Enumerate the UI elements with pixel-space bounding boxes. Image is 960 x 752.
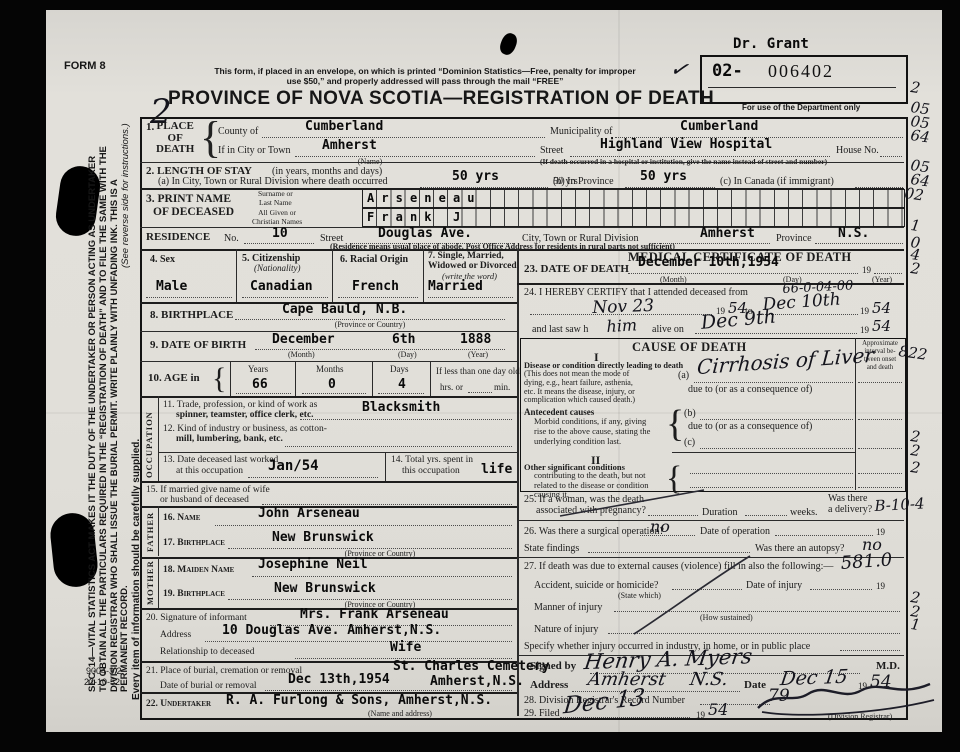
rule — [230, 361, 231, 396]
leader — [244, 242, 314, 244]
citizenship-paren: (Nationality) — [254, 263, 301, 273]
cause-b-due-to: due to (or as a consequence of) — [688, 421, 812, 432]
stay-a-label: (a) In City, Town or Rural Division wher… — [158, 176, 388, 187]
cause-b-prefix: (b) — [684, 408, 696, 419]
informant-name-value: Mrs. Frank Arseneau — [300, 607, 449, 622]
name-title2: OF DECEASED — [153, 206, 234, 218]
filed-year: 54 — [708, 700, 728, 719]
place-label: PLACE OF DEATH — [156, 121, 194, 156]
age-hrs-label: hrs. or — [440, 382, 463, 392]
nature-label: Nature of injury — [534, 624, 598, 635]
informant-label: 20. Signature of informant — [146, 613, 247, 623]
filed-label: 29. Filed — [524, 708, 560, 719]
signed-address-value-2: N.S. — [688, 669, 729, 690]
industry-label-1: 12. Kind of industry or business, as cot… — [163, 424, 327, 434]
rule — [423, 249, 424, 302]
leader — [262, 136, 545, 138]
last-saw-him: him — [606, 315, 638, 336]
delivery-code: B-10-4 — [874, 494, 925, 515]
county-label: County of — [218, 126, 258, 137]
dob-day: 6th — [392, 332, 415, 347]
department-only-caption: For use of the Department only — [742, 103, 860, 112]
margin-code-annotation: 2 — [909, 259, 921, 278]
burial-place-value: St. Charles Cemetery — [393, 659, 550, 674]
cause-c-prefix: (c) — [684, 437, 695, 448]
age-months-label: Months — [316, 364, 344, 374]
birthplace-caption: (Province or Country) — [300, 320, 440, 329]
leader — [695, 332, 857, 334]
house-no-label: House No. — [836, 145, 879, 156]
duration-label: Duration — [702, 507, 738, 518]
rule — [140, 227, 904, 228]
age-less-label: If less than one day old — [436, 366, 520, 376]
total-years-value: life — [481, 462, 512, 477]
dob-cap-year: (Year) — [468, 350, 488, 359]
rule — [140, 396, 517, 398]
trade-label-1: 11. Trade, profession, or kind of work a… — [163, 400, 317, 410]
signed-year: 54 — [870, 672, 892, 692]
origin-label: 6. Racial Origin — [340, 254, 408, 265]
city-label: If in City or Town — [218, 145, 290, 156]
residence-city-value: Amherst — [700, 226, 755, 241]
undertaker-caption: (Name and address) — [330, 709, 470, 718]
spouse-label-1: 15. If married give name of wife — [146, 485, 270, 495]
leader — [242, 296, 328, 298]
rule — [385, 452, 386, 481]
how-sustained-caption: (How sustained) — [700, 613, 753, 622]
leader — [858, 447, 902, 449]
certify-19c: 19 — [860, 325, 869, 335]
margin-code-annotation: 2 — [909, 458, 921, 477]
place-num: 1. — [146, 121, 154, 133]
leader — [880, 155, 902, 157]
rule — [158, 557, 159, 608]
burial-date-label: Date of burial or removal — [160, 681, 257, 691]
leader — [146, 296, 232, 298]
leader — [252, 575, 512, 577]
pregnancy-label-1: 25. If a woman, was the death — [524, 494, 644, 505]
leader — [285, 445, 512, 447]
rule — [236, 249, 237, 302]
certify-year2: 54 — [872, 299, 891, 317]
rule — [372, 361, 373, 396]
leader — [588, 551, 750, 553]
residence-no-value: 10 — [272, 226, 288, 241]
cause-a-due-to: due to (or as a consequence of) — [688, 384, 812, 395]
dob-cap-day: (Day) — [398, 350, 417, 359]
rule — [672, 452, 855, 453]
mail-notice-line2: use $50,” and properly addressed will pa… — [185, 76, 665, 86]
rule — [140, 481, 517, 483]
disease-label-2: (This does not mean the mode of dying, e… — [524, 370, 635, 405]
occupation-vertical-label: OCCUPATION — [144, 411, 154, 478]
undertaker-value: R. A. Furlong & Sons, Amherst,N.S. — [226, 693, 492, 708]
undertaker-label: 22. Undertaker — [146, 699, 211, 709]
last-saw-pre: and last saw h — [532, 324, 588, 335]
form-title: PROVINCE OF NOVA SCOTIA—REGISTRATION OF … — [168, 88, 683, 110]
column-divider — [517, 249, 519, 716]
operation-date-label: Date of operation — [700, 526, 770, 537]
sex-value: Male — [156, 279, 187, 294]
trade-value: Blacksmith — [362, 400, 440, 415]
informant-address-value: 10 Douglas Ave. Amherst,N.S. — [222, 623, 441, 638]
leader — [215, 524, 512, 526]
accident-label: Accident, suicide or homicide? — [534, 580, 658, 591]
leader — [236, 392, 291, 394]
dob-year: 1888 — [460, 332, 491, 347]
dob-cap-month: (Month) — [288, 350, 315, 359]
age-years-label: Years — [248, 364, 268, 374]
leader — [690, 486, 853, 488]
md-label: M.D. — [876, 660, 900, 672]
last-worked-label-1: 13. Date deceased last worked — [163, 455, 278, 465]
rule — [158, 452, 517, 453]
father-birthplace-value: New Brunswick — [272, 530, 374, 545]
informant-address-label: Address — [160, 630, 191, 640]
leader — [560, 716, 690, 718]
autopsy-label: Was there an autopsy? — [755, 543, 844, 554]
state-which-caption: (State which) — [618, 591, 661, 600]
delivery-label-1: Was there — [828, 493, 867, 504]
leader — [265, 689, 512, 691]
leader — [700, 447, 853, 449]
delivery-label-2: a delivery? — [828, 504, 872, 515]
burial-place2-value: Amherst,N.S. — [430, 674, 524, 689]
date-of-injury-label: Date of injury — [746, 580, 802, 591]
leader — [874, 272, 902, 274]
leader — [858, 381, 902, 383]
rule — [140, 162, 904, 163]
leader — [810, 588, 872, 590]
origin-value: French — [352, 279, 399, 294]
leader — [690, 472, 853, 474]
age-days-value: 4 — [398, 377, 406, 392]
sex-label: 4. Sex — [150, 254, 175, 265]
father-name-label: 16. Name — [163, 513, 200, 523]
pregnancy-label-2: associated with pregnancy? — [536, 505, 646, 516]
street-value: Highland View Hospital — [600, 137, 772, 152]
left-margin-see-reverse: (See reverse side for instructions.) — [120, 108, 131, 268]
external-code: 581.0 — [840, 549, 893, 574]
signed-19: 19 — [858, 681, 867, 691]
last-worked-value: Jan/54 — [268, 458, 319, 474]
leader — [205, 640, 512, 642]
print-code: 9004-3.2 — [86, 666, 122, 676]
registration-number: 006402 — [768, 61, 834, 82]
leader — [468, 391, 492, 393]
antecedent-brace: { — [666, 402, 684, 446]
residence-no-label: No. — [224, 233, 239, 244]
leader — [248, 476, 378, 478]
certify-year3: 54 — [872, 317, 891, 335]
trade-label-2: spinner, teamster, office clerk, etc. — [176, 410, 314, 420]
name-title1: 3. PRINT NAME — [146, 193, 231, 205]
registration-prefix: 02- — [712, 61, 743, 81]
leader — [614, 610, 900, 612]
margin-code-annotation: 02 — [903, 184, 924, 204]
external-label: 27. If death was due to external causes … — [524, 561, 833, 572]
mother-birthplace-label: 19. Birthplace — [163, 589, 225, 599]
last-saw-mid: alive on — [652, 324, 684, 335]
leader — [262, 503, 512, 505]
burial-date-value: Dec 13th,1954 — [288, 672, 390, 687]
leader — [648, 514, 698, 516]
leader — [858, 418, 902, 420]
mother-maiden-label: 18. Maiden Name — [163, 565, 234, 575]
marital-value: Married — [428, 279, 483, 294]
dod-19: 19 — [862, 265, 871, 275]
rule — [158, 396, 159, 481]
other-brace: { — [666, 460, 682, 498]
burial-place-label: 21. Place of burial, cremation or remova… — [146, 666, 302, 676]
leader — [300, 418, 512, 420]
marital-label-2: Widowed or Divorced — [428, 261, 517, 271]
age-label: 10. AGE in — [148, 372, 200, 384]
dob-month: December — [272, 332, 335, 347]
form-number: FORM 8 — [64, 60, 106, 72]
mother-birthplace-value: New Brunswick — [274, 581, 376, 596]
leader — [858, 472, 902, 474]
leader — [700, 418, 853, 420]
total-years-label-2: this occupation — [402, 466, 460, 476]
stay-a-value: 50 yrs — [452, 169, 499, 184]
industry-label-2: mill, lumbering, bank, etc. — [176, 434, 283, 444]
margin-code-annotation: 64 — [909, 126, 930, 146]
date-of-death-label: 23. DATE OF DEATH — [524, 263, 629, 275]
given-name-label: All Given or Christian Names — [252, 209, 302, 226]
print-date: 22-10-52 — [84, 677, 120, 687]
weeks-label: weeks. — [790, 507, 818, 518]
residence-street-value: Douglas Ave. — [378, 226, 472, 241]
stay-c-label: (c) In Canada (if immigrant) — [720, 176, 834, 187]
manner-label: Manner of injury — [534, 602, 602, 613]
given-name-grid: Frank J — [362, 208, 905, 227]
leader — [530, 313, 712, 315]
surname-label: Surname or Last Name — [258, 190, 293, 207]
residence-label: RESIDENCE — [146, 231, 210, 243]
doctor-note: Dr. Grant — [733, 36, 809, 52]
age-days-label: Days — [390, 364, 409, 374]
birthplace-value: Cape Bauld, N.B. — [282, 302, 407, 317]
surname-value: Arseneau — [363, 190, 482, 207]
leader — [338, 296, 418, 298]
age-years-value: 66 — [252, 377, 268, 392]
age-min-label: min. — [494, 382, 510, 392]
registration-box-line — [708, 87, 896, 88]
municipality-value: Cumberland — [680, 119, 758, 134]
mail-notice-line1: This form, if placed in an envelope, on … — [185, 66, 665, 76]
margin-code-annotation: 2 — [909, 78, 921, 97]
residence-prov-value: N.S. — [838, 226, 869, 241]
residence-prov-label: Province — [776, 233, 812, 244]
scanned-death-certificate: SEC. 14—VITAL STATISTICS ACT MAKES IT TH… — [0, 0, 960, 752]
cause-a-prefix: (a) — [678, 370, 689, 381]
leader — [815, 242, 903, 244]
spouse-label-2: or husband of deceased — [160, 495, 249, 505]
date-of-death-value: December 10th,1954 — [638, 255, 779, 270]
stay-b-label2: (b) In Province — [553, 176, 614, 187]
informant-relationship-label: Relationship to deceased — [160, 647, 254, 657]
rule — [140, 361, 517, 362]
margin-code-annotation: 822 — [897, 342, 928, 364]
injury-19: 19 — [876, 581, 885, 591]
division-registrar-caption: (Division Registrar) — [828, 712, 892, 721]
signed-address-label: Address — [530, 679, 568, 691]
given-name-value: Frank J — [363, 209, 467, 226]
signed-by-label: Signed by — [530, 660, 576, 672]
age-months-value: 0 — [328, 377, 336, 392]
leader — [302, 392, 366, 394]
mother-maiden-value: Josephine Neil — [258, 557, 368, 572]
father-vertical-label: FATHER — [145, 512, 155, 552]
rule — [332, 249, 333, 302]
leader — [640, 534, 695, 536]
county-value: Cumberland — [305, 119, 383, 134]
birthplace-label: 8. BIRTHPLACE — [150, 309, 233, 321]
leader — [672, 588, 742, 590]
leader — [694, 381, 853, 383]
stay-b-value: 50 yrs — [640, 169, 687, 184]
state-findings-label: State findings — [524, 543, 579, 554]
leader — [840, 649, 900, 651]
marital-label-1: 7. Single, Married, — [428, 251, 504, 261]
filed-19: 19 — [696, 710, 705, 720]
leader — [775, 534, 873, 536]
rule — [158, 506, 159, 556]
municipality-label: Municipality of — [550, 126, 613, 137]
leader — [858, 486, 902, 488]
leader — [608, 632, 900, 634]
dob-label: 9. DATE OF BIRTH — [150, 339, 246, 351]
leader — [378, 392, 424, 394]
certify-19b: 19 — [860, 306, 869, 316]
street-label: Street — [540, 145, 563, 156]
age-brace: { — [212, 362, 226, 396]
last-worked-label-2: at this occupation — [176, 466, 243, 476]
leader — [428, 296, 513, 298]
city-value: Amherst — [322, 138, 377, 153]
informant-relationship-value: Wife — [390, 640, 421, 655]
leader — [628, 272, 858, 274]
father-name-value: John Arseneau — [258, 506, 360, 521]
father-birthplace-label: 17. Birthplace — [163, 538, 225, 548]
rule — [295, 361, 296, 396]
record-number-value: 79 — [768, 686, 790, 706]
signed-date-label: Date — [744, 679, 766, 691]
mother-vertical-label: MOTHER — [145, 560, 155, 605]
rule — [430, 361, 431, 396]
citizenship-value: Canadian — [250, 279, 313, 294]
leader — [745, 514, 787, 516]
antecedent-label-2: Morbid conditions, if any, giving rise t… — [534, 417, 650, 446]
surname-grid: Arseneau — [362, 189, 905, 208]
total-years-label-1: 14. Total yrs. spent in — [391, 455, 473, 465]
rule — [517, 520, 904, 521]
